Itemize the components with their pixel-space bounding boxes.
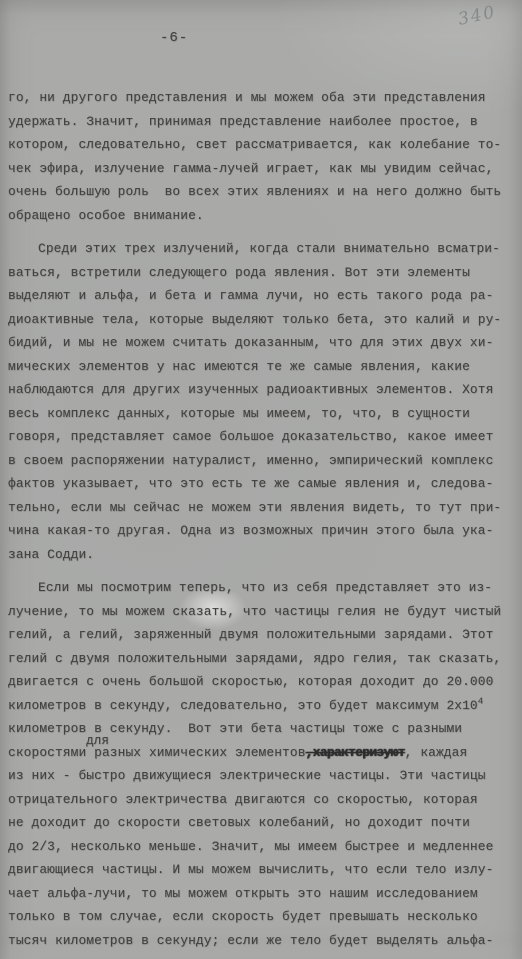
text-line: только в том случае, если скорость будет…	[8, 905, 514, 929]
text-line: километров в секунду. Вот эти бета части…	[8, 717, 514, 741]
struck-out-text: ,характеризуют	[306, 745, 405, 760]
text-line: не доходит до скорости световых колебани…	[8, 811, 514, 835]
text-line-with-correction: скоростями дляразных химических элементо…	[8, 741, 514, 765]
exponent: 4	[478, 696, 484, 706]
inserted-word-above-line: для	[86, 730, 109, 754]
text-line: ваться, встретили следующего рода явлени…	[8, 261, 514, 285]
text-line: гелий с двумя положительными зарядами, я…	[8, 647, 514, 671]
text-line: зана Содди.	[8, 543, 514, 567]
text-line: Если мы посмотрим теперь, что из себя пр…	[8, 576, 514, 600]
paragraph-1: го, ни другого представления и мы можем …	[8, 86, 514, 227]
text-line: удержать. Значит, принимая представление…	[8, 110, 514, 134]
text-line: фактов указывает, что это есть те же сам…	[8, 472, 514, 496]
paragraph-3: Если мы посмотрим теперь, что из себя пр…	[8, 576, 514, 952]
text-segment: , каждая	[405, 745, 468, 760]
text-line: мических элементов у нас имеются те же с…	[8, 355, 514, 379]
text-line: наблюдаются для других изученных радиоак…	[8, 378, 514, 402]
text-line: диоактивные тела, которые выделяют тольк…	[8, 308, 514, 332]
text-line: чина какая-то другая. Одна из возможных …	[8, 519, 514, 543]
text-line-with-exponent: километров в секунду, следовательно, это…	[8, 694, 514, 718]
text-line: бидий, и мы не можем считать доказанным,…	[8, 331, 514, 355]
text-line: говоря, представляет самое большое доказ…	[8, 425, 514, 449]
text-line: в своем распоряжении натуралист, именно,…	[8, 449, 514, 473]
text-segment: километров в секунду, следовательно, это…	[8, 698, 478, 713]
text-line: тельно, если мы сейчас не можем эти явле…	[8, 496, 514, 520]
document-text: го, ни другого представления и мы можем …	[8, 86, 514, 959]
text-line: чек эфира, излучение гамма-лучей играет,…	[8, 157, 514, 181]
text-line: выделяют и альфа, и бета и гамма лучи, н…	[8, 284, 514, 308]
text-line: котором, следовательно, свет рассматрива…	[8, 133, 514, 157]
text-line: чает альфа-лучи, то мы можем открыть это…	[8, 882, 514, 906]
text-line: до 2/3, несколько меньше. Значит, мы име…	[8, 835, 514, 859]
text-segment: скоростями	[8, 745, 94, 760]
text-line: двигающиеся частицы. И мы можем вычислит…	[8, 858, 514, 882]
text-line: лучение, то мы можем сказать, что частиц…	[8, 600, 514, 624]
text-line: двигается с очень большой скоростью, кот…	[8, 670, 514, 694]
paragraph-2: Среди этих трех излучений, когда стали в…	[8, 237, 514, 566]
text-segment: химических элементов	[141, 745, 305, 760]
text-line: из них - быстро движущиеся электрические…	[8, 764, 514, 788]
text-line: обращено особое внимание.	[8, 204, 514, 228]
page-number: -6-	[160, 30, 188, 46]
text-line: весь комплекс данных, которые мы имеем, …	[8, 402, 514, 426]
text-line: Среди этих трех излучений, когда стали в…	[8, 237, 514, 261]
text-line: гелий, а гелий, заряженный двумя положит…	[8, 623, 514, 647]
text-line: очень большую роль во всех этих явлениях…	[8, 180, 514, 204]
text-line: тысяч километров в секунду; если же тело…	[8, 929, 514, 953]
text-line: го, ни другого представления и мы можем …	[8, 86, 514, 110]
text-line: отрицательного электричества двигаются с…	[8, 788, 514, 812]
corrected-word: дляразных	[94, 745, 141, 760]
scanned-document-page: 340 -6- го, ни другого представления и м…	[0, 0, 522, 959]
handwritten-page-mark: 340	[456, 2, 498, 30]
